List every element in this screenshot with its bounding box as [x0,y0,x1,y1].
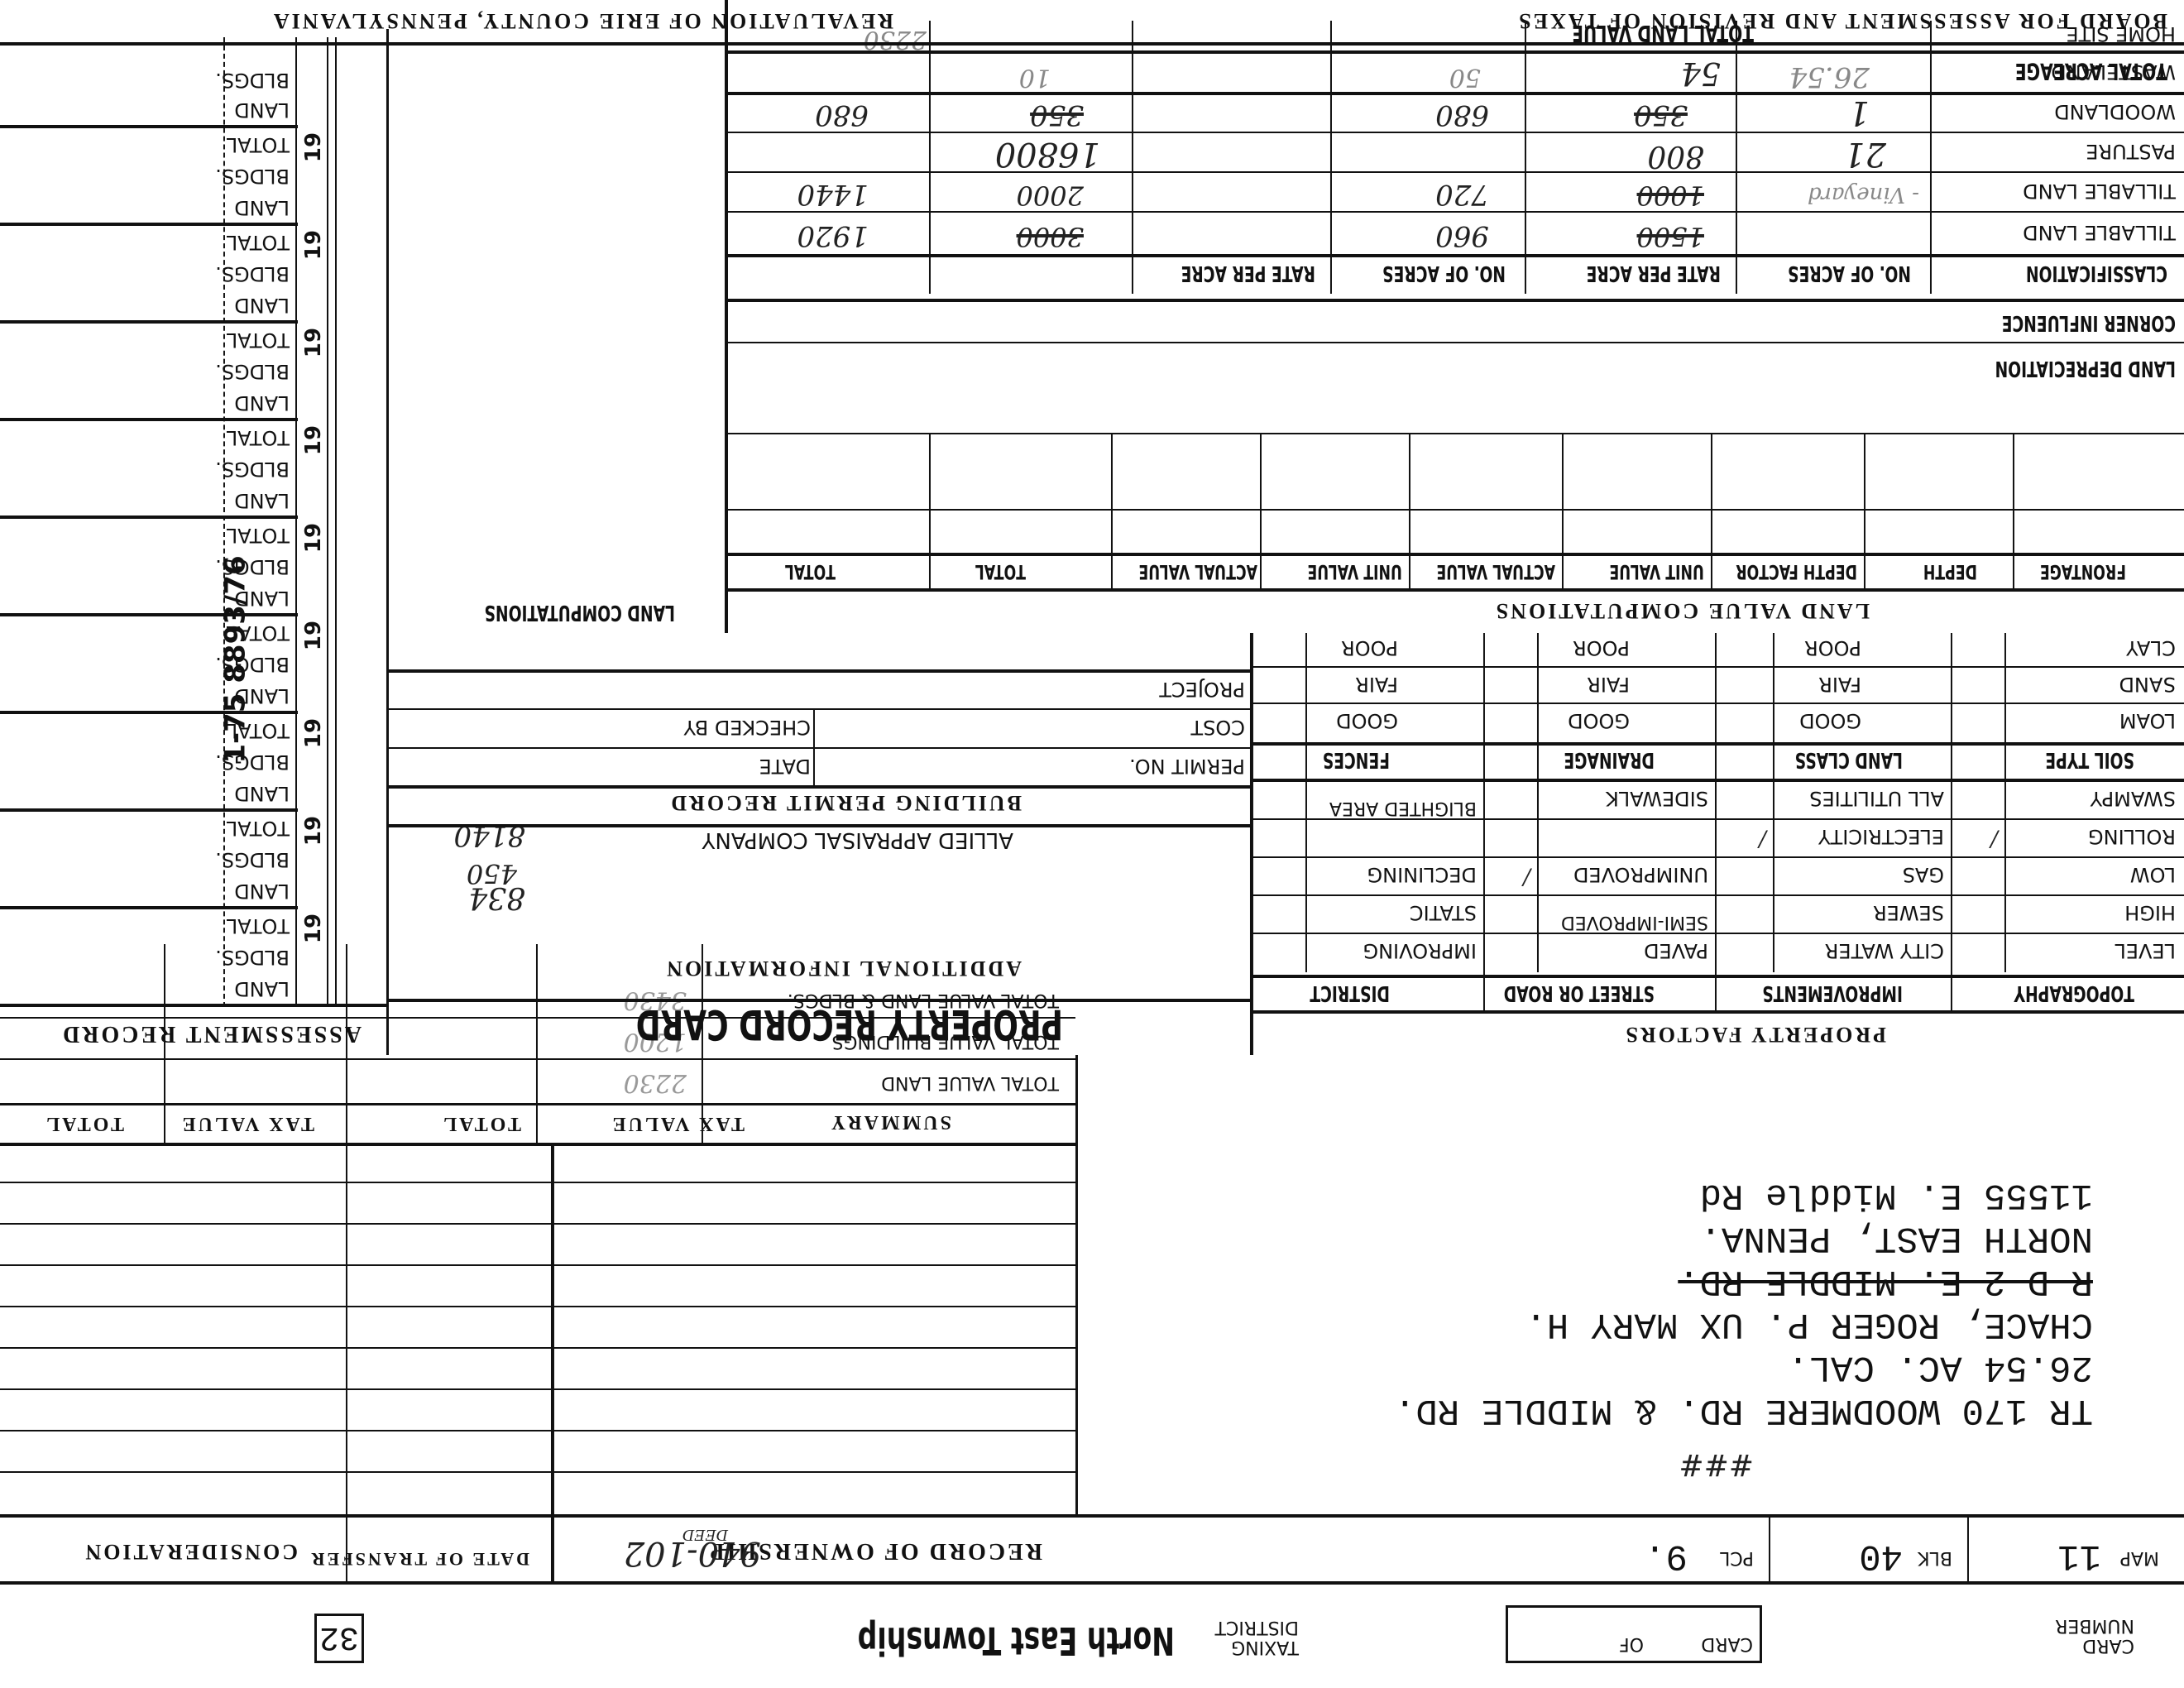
year-prefix: 19 [301,230,326,260]
pasture-value: 16800 [995,135,1100,173]
handwritten-mark: ### [1679,1447,1755,1481]
tillable-rate1: 1500 [1637,221,1704,252]
fences-poor[interactable]: POOR [1341,636,1398,659]
land-label: LAND [234,489,290,512]
drainage-header: DRAINAGE [1564,747,1655,772]
high-option[interactable]: HIGH [2124,901,2176,924]
declining-option[interactable]: DECLINING [1367,863,1477,886]
total-label: TOTAL [227,914,290,938]
card-title: PROPERTY RECORD CARD [636,1000,1063,1048]
tillable-land-label: TILLABLE LAND [2023,221,2176,244]
low-option[interactable]: LOW [2130,863,2176,886]
sewer-option[interactable]: SEWER [1873,901,1944,924]
description-line: 11555 E. Middle Rd [1394,1173,2093,1216]
land-label: LAND [234,977,290,1000]
land-class-good[interactable]: GOOD [1799,709,1861,732]
total-label: TOTAL [227,426,290,449]
year-prefix: 19 [301,621,326,650]
total-label: TOTAL [227,133,290,156]
project-label: PROJECT [1159,678,1245,701]
assessment-record-title: ASSESSMENT RECORD [60,1020,362,1047]
total-value-land-label: TOTAL VALUE LAND [881,1072,1059,1093]
parcel-row: MAP 11 BLK 40 PCL 9. [1075,1514,2184,1585]
ownership-rows [0,1146,1075,1514]
district-header: DISTRICT [1310,981,1390,1005]
blk-label: BLK [1918,1547,1952,1568]
electricity-option[interactable]: ELECTRICITY [1818,825,1944,848]
description-line: CHACE, ROGER P. UX MARY H. [1394,1302,2093,1345]
rate-header: RATE PER ACRE [1181,261,1315,285]
additional-info-title: ADDITIONAL INFORMATION [664,956,1022,981]
land-computations: LAND COMPUTATIONS [389,0,728,633]
unimproved-check: / [1523,865,1530,890]
property-description: ### TR 170 WOODMERE RD. & MIDDLE RD. 26.… [1075,1055,2184,1514]
bldgs-label: BLDGS. [215,262,290,285]
description-line-struck: R D 2 E. MIDDLE RD. [1394,1259,2093,1302]
checked-by-label: CHECKED BY [683,716,811,739]
card-label: CARD [1701,1633,1753,1654]
year-prefix: 19 [301,914,326,943]
factor-rows: LEVEL CITY WATER PAVED IMPROVING HIGH SE… [1253,782,2184,972]
blighted-area-option[interactable]: BLIGHTED AREA [1328,798,1477,817]
tillable2-total: 1440 [797,178,869,211]
acres-header: NO. OF ACRES [1788,261,1911,285]
summary-title: SUMMARY [829,1110,951,1133]
tillable-acres2: 960 [1435,219,1489,252]
unit-value-header: UNIT VALUE [1609,560,1704,583]
unimproved-option[interactable]: UNIMPROVED [1573,863,1708,886]
semi-improved-option[interactable]: SEMI-IMPROVED [1543,913,1708,931]
taxing-district-value: North East Township [858,1618,1175,1663]
description-lines: TR 170 WOODMERE RD. & MIDDLE RD. 26.54 A… [1394,1173,2093,1431]
year-prefix: 19 [301,523,326,553]
drainage-poor[interactable]: POOR [1573,636,1630,659]
consideration-label: CONSIDERATION [83,1539,298,1564]
land-value-computations: LAND VALUE COMPUTATIONS FRONTAGE DEPTH D… [728,434,2184,633]
depth-factor-header: DEPTH FACTOR [1736,560,1857,583]
tax-value-header: TAX VALUE [611,1112,745,1134]
total-header: TOTAL [44,1112,124,1134]
note-450: 450 [467,858,517,890]
street-road-header: STREET OR ROAD [1504,981,1655,1005]
description-line: NORTH EAST, PENNA. [1394,1216,2093,1259]
tillable2-value: 2000 [1017,180,1084,211]
fences-good[interactable]: GOOD [1336,709,1398,732]
land-label: LAND [234,196,290,219]
topography-header: TOPOGRAPHY [2014,981,2134,1005]
bldgs-label: BLDGS. [215,458,290,481]
bldgs-label: BLDGS. [215,69,290,92]
frontage-header: FRONTAGE [2040,560,2126,583]
paved-option[interactable]: PAVED [1644,939,1708,962]
year-prefix: 19 [301,328,326,357]
city-water-option[interactable]: CITY WATER [1825,939,1944,962]
building-permit-title: BUILDING PERMIT RECORD [668,790,1022,815]
swampy-option[interactable]: SWAMPY [2091,787,2176,810]
land-class-poor[interactable]: POOR [1804,636,1861,659]
fences-header: FENCES [1323,747,1390,772]
total-header: TOTAL [785,560,836,583]
land-label: LAND [234,391,290,415]
total-land-value: 2230 [864,25,927,54]
year-prefix: 19 [301,425,326,455]
land-label: LAND [234,294,290,317]
map-value: 11 [2057,1535,2101,1576]
land-computations-title: LAND COMPUTATIONS [485,600,675,625]
total-header: TOTAL [975,560,1026,583]
date-of-transfer-label: DATE OF TRANSFER [309,1548,529,1570]
total-acreage-value: 26.54 [1789,60,1870,94]
all-utilities-option[interactable]: ALL UTILITIES [1809,787,1944,810]
permit-cost-label: COST [1190,716,1245,739]
electricity-check: / [1759,827,1766,851]
total-label: TOTAL [227,524,290,547]
classification-header: CLASSIFICATION [2026,261,2167,285]
loam-option[interactable]: LOAM [2119,709,2176,732]
description-line: TR 170 WOODMERE RD. & MIDDLE RD. [1394,1388,2093,1431]
blk-value: 40 [1859,1535,1903,1576]
total-label: TOTAL [227,328,290,352]
total-acreage-label: TOTAL ACREAGE [2015,58,2167,85]
total-header: TOTAL [441,1112,521,1134]
of-label: OF [1619,1633,1644,1654]
acreage-totals: TOTAL ACREAGE 26.54 TOTAL LAND VALUE 223… [728,21,2184,128]
center-panel: PROPERTY RECORD CARD ADDITIONAL INFORMAT… [389,633,1253,1055]
property-factors: PROPERTY FACTORS TOPOGRAPHY IMPROVEMENTS… [1253,633,2184,1055]
permit-date-label: DATE [759,755,811,778]
depth-header: DEPTH [1923,560,1977,583]
drainage-fair[interactable]: FAIR [1587,673,1630,696]
land-label: LAND [234,98,290,122]
rolling-option[interactable]: ROLLING [2088,825,2176,848]
deed-label: DEED [682,1526,728,1543]
year-prefix: 19 [301,816,326,846]
permit-no-label: PERMIT NO. [1129,755,1245,778]
sand-option[interactable]: SAND [2119,673,2176,696]
assessment-grid: LAND BLDGS. TOTAL LAND BLDGS. TOTAL LAND… [0,46,298,1007]
improving-option[interactable]: IMPROVING [1363,939,1477,962]
soil-type-header: SOIL TYPE [2045,747,2134,772]
sidewalk-option[interactable]: SIDEWALK [1606,787,1708,810]
bldgs-label: BLDGS. [215,165,290,188]
total-value-land: 2230 [624,1068,687,1097]
drainage-good[interactable]: GOOD [1568,709,1630,732]
level-option[interactable]: LEVEL [2115,939,2177,962]
rolling-check: / [1990,827,1998,851]
pcl-label: PCL [1720,1547,1754,1568]
property-factors-title: PROPERTY FACTORS [1624,1022,1886,1047]
year-prefix: 19 [301,718,326,748]
ownership-header: RECORD OF OWNERSHIP 940-102 DEED DATE OF… [0,1514,1075,1585]
description-line: 26.54 AC. CAL. [1394,1345,2093,1388]
bldgs-label: BLDGS. [215,848,290,871]
total-label: TOTAL [227,817,290,840]
assessment-stamp: 1-75 8893/76 [218,555,251,763]
fences-fair[interactable]: FAIR [1355,673,1398,696]
pasture-acres1: 21 [1844,135,1886,173]
land-value-computations-title: LAND VALUE COMPUTATIONS [1494,598,1870,623]
tillable-total: 1920 [797,219,869,252]
allied-appraisal: ALLIED APPRAISAL COMPANY [702,827,1013,852]
tillable2-acres1: - Vineyard [1808,182,1919,207]
tillable2-acres2: 720 [1435,178,1489,211]
property-record-card: BOARD FOR ASSESSMENT AND REVISION OF TAX… [0,0,2184,1688]
land-label: LAND [234,782,290,805]
bldgs-label: BLDGS. [215,946,290,969]
static-option[interactable]: STATIC [1410,901,1477,924]
year-prefix: 19 [301,132,326,162]
acres-header: NO. OF ACRES [1382,261,1506,285]
total-label: TOTAL [227,231,290,254]
improvements-header: IMPROVEMENTS [1762,981,1903,1005]
tillable-value: 3000 [1017,221,1084,252]
pasture-label: PASTURE [2086,140,2176,163]
soil-rows: LOAM GOOD GOOD GOOD SAND FAIR FAIR FAIR … [1253,633,2184,741]
land-label: LAND [234,880,290,903]
card-number-label: CARD NUMBER [2043,1615,2134,1655]
clay-option[interactable]: CLAY [2126,636,2176,659]
land-class-fair[interactable]: FAIR [1818,673,1861,696]
assessment-blocks: LAND BLDGS. TOTAL LAND BLDGS. TOTAL LAND… [0,46,389,1007]
rate-header: RATE PER ACRE [1587,261,1721,285]
tax-value-header: TAX VALUE [180,1112,314,1134]
actual-value-header: ACTUAL VALUE [1138,560,1257,583]
land-class-header: LAND CLASS [1795,747,1903,772]
tillable2-rate1: 1000 [1637,180,1704,211]
gas-option[interactable]: GAS [1903,863,1944,886]
taxing-district-label: TAXING DISTRICT [1191,1617,1299,1657]
card-of-box[interactable]: CARD OF [1506,1605,1762,1663]
pcl-value: 9. [1644,1535,1688,1576]
tillable-land-2-label: TILLABLE LAND [2023,180,2176,203]
unit-value-header: UNIT VALUE [1307,560,1402,583]
actual-value-header: ACTUAL VALUE [1436,560,1555,583]
map-label: MAP [2120,1547,2159,1568]
box-number: 32 [314,1614,364,1663]
bldgs-label: BLDGS. [215,360,290,383]
pasture-rate1: 800 [1647,139,1704,173]
